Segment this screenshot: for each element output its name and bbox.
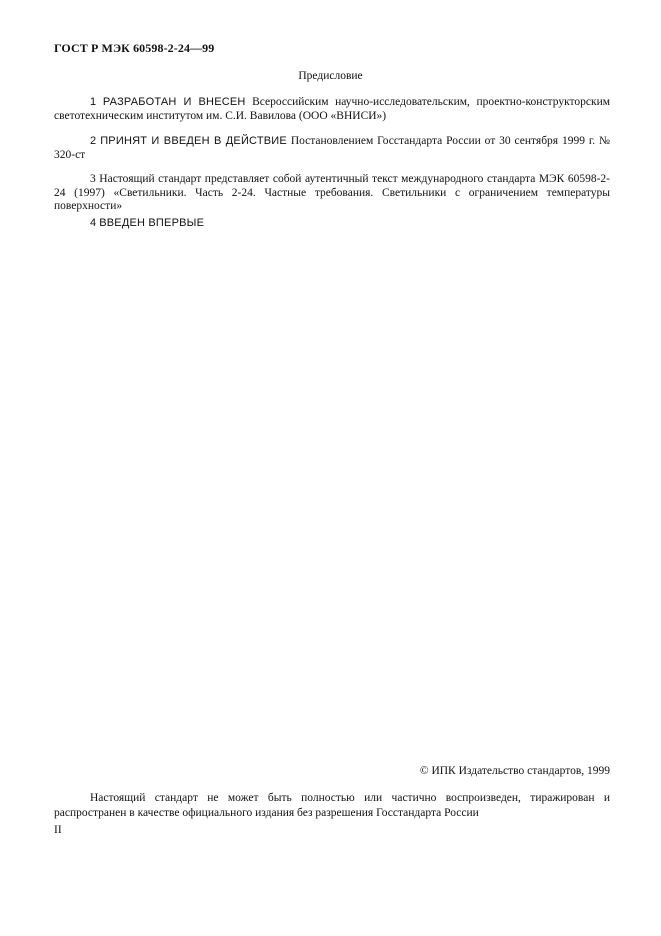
paragraph-authentic-text: 3 Настоящий стандарт представляет собой … xyxy=(54,173,610,214)
paragraph-number: 3 xyxy=(90,173,96,185)
paragraph-adopted: 2 ПРИНЯТ И ВВЕДЕН В ДЕЙСТВИЕ Постановлен… xyxy=(54,135,610,162)
paragraph-number: 2 xyxy=(90,135,96,147)
paragraph-number: 1 xyxy=(90,96,96,108)
paragraph-text: Настоящий стандарт представляет собой ау… xyxy=(54,173,610,212)
page-number: II xyxy=(54,824,62,836)
paragraph-number: 4 xyxy=(90,217,96,229)
section-title: Предисловие xyxy=(0,70,661,82)
standard-code-header: ГОСТ Р МЭК 60598-2-24—99 xyxy=(54,41,214,56)
paragraph-lead: РАЗРАБОТАН И ВНЕСЕН xyxy=(103,96,246,108)
paragraph-introduced: 4 ВВЕДЕН ВПЕРВЫЕ xyxy=(54,217,610,231)
paragraph-lead: ВВЕДЕН ВПЕРВЫЕ xyxy=(99,217,204,229)
paragraph-lead: ПРИНЯТ И ВВЕДЕН В ДЕЙСТВИЕ xyxy=(100,135,287,147)
copyright-line: © ИПК Издательство стандартов, 1999 xyxy=(420,765,610,777)
paragraph-developed: 1 РАЗРАБОТАН И ВНЕСЕН Всероссийским науч… xyxy=(54,96,610,123)
reproduction-notice: Настоящий стандарт не может быть полност… xyxy=(54,791,610,821)
